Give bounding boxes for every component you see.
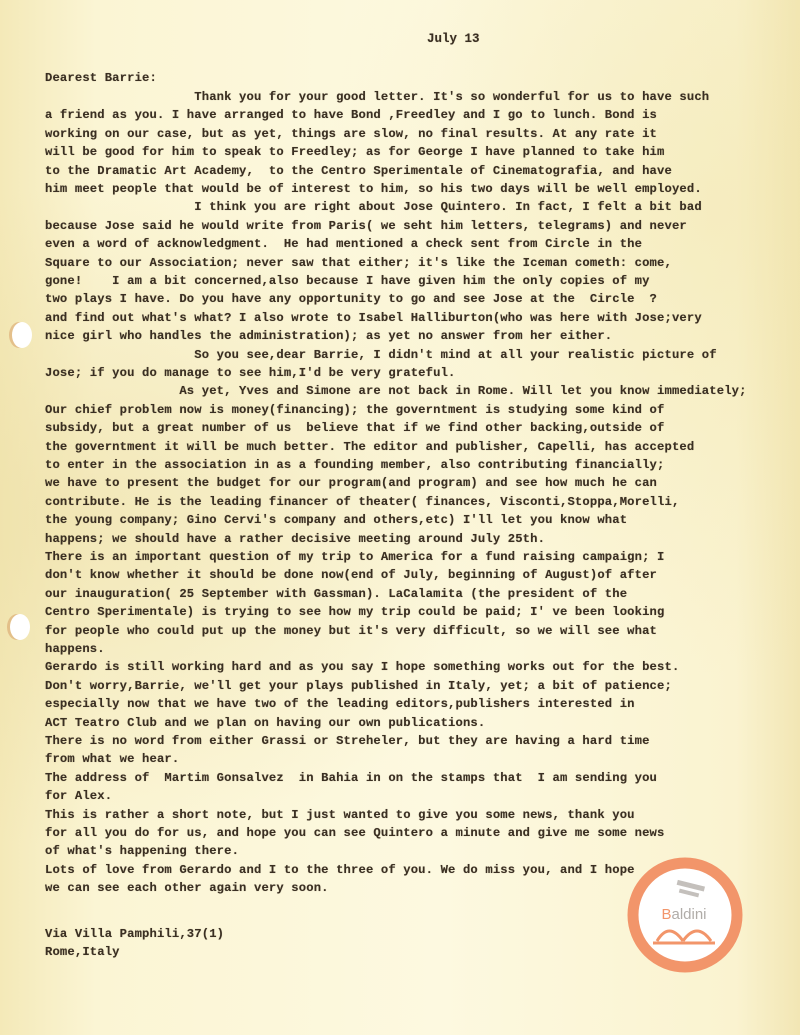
address-line: Via Villa Pamphili,37(1) [45, 925, 224, 943]
punch-hole [12, 322, 32, 348]
letter-line: Gerardo is still working hard and as you… [45, 658, 679, 676]
letter-line: the governtment it will be much better. … [45, 438, 694, 456]
letter-line: There is an important question of my tri… [45, 548, 665, 566]
letter-line: to the Dramatic Art Academy, to the Cent… [45, 162, 672, 180]
letter-line: contribute. He is the leading financer o… [45, 493, 679, 511]
letter-line: especially now that we have two of the l… [45, 695, 635, 713]
letter-line: Don't worry,Barrie, we'll get your plays… [45, 677, 672, 695]
letter-line: There is no word from either Grassi or S… [45, 732, 650, 750]
letter-line: working on our case, but as yet, things … [45, 125, 657, 143]
letter-line: because Jose said he would write from Pa… [45, 217, 687, 235]
letter-line: even a word of acknowledgment. He had me… [45, 235, 642, 253]
punch-hole [10, 614, 30, 640]
letter-line: will be good for him to speak to Freedle… [45, 143, 665, 161]
letter-line: Thank you for your good letter. It's so … [45, 88, 709, 106]
letter-line: Jose; if you do manage to see him,I'd be… [45, 364, 456, 382]
letter-line: Our chief problem now is money(financing… [45, 401, 665, 419]
letter-line: to enter in the association in as a foun… [45, 456, 665, 474]
address-line: Rome,Italy [45, 943, 120, 961]
letter-line: for all you do for us, and hope you can … [45, 824, 665, 842]
letter-line: of what's happening there. [45, 842, 239, 860]
salutation: Dearest Barrie: [45, 69, 157, 87]
letter-line: The address of Martim Gonsalvez in Bahia… [45, 769, 657, 787]
letter-line: Centro Sperimentale) is trying to see ho… [45, 603, 665, 621]
letter-line: ACT Teatro Club and we plan on having ou… [45, 714, 485, 732]
letter-line: a friend as you. I have arranged to have… [45, 106, 657, 124]
letter-line: subsidy, but a great number of us believ… [45, 419, 665, 437]
letter-line: I think you are right about Jose Quinter… [45, 198, 702, 216]
letter-line: we can see each other again very soon. [45, 879, 329, 897]
letter-line: him meet people that would be of interes… [45, 180, 702, 198]
letter-line: Square to our Association; never saw tha… [45, 254, 672, 272]
letter-line: we have to present the budget for our pr… [45, 474, 657, 492]
letter-line: As yet, Yves and Simone are not back in … [45, 382, 747, 400]
letter-line: happens. [45, 640, 105, 658]
letter-line: happens; we should have a rather decisiv… [45, 530, 545, 548]
letter-body: Dearest Barrie: Thank you for your good … [45, 0, 765, 37]
letter-line: This is rather a short note, but I just … [45, 806, 635, 824]
library-stamp: Baldini [625, 855, 745, 975]
letter-line: nice girl who handles the administration… [45, 327, 612, 345]
letter-line: two plays I have. Do you have any opport… [45, 290, 657, 308]
letter-line: don't know whether it should be done now… [45, 566, 657, 584]
letter-line: for Alex. [45, 787, 112, 805]
letter-line: for people who could put up the money bu… [45, 622, 657, 640]
letter-line: from what we hear. [45, 750, 179, 768]
letter-line: and find out what's what? I also wrote t… [45, 309, 702, 327]
letter-line: gone! I am a bit concerned,also because … [45, 272, 650, 290]
letter-line: So you see,dear Barrie, I didn't mind at… [45, 346, 717, 364]
letter-line: Lots of love from Gerardo and I to the t… [45, 861, 635, 879]
letter-line: our inauguration( 25 September with Gass… [45, 585, 627, 603]
letter-line: the young company; Gino Cervi's company … [45, 511, 627, 529]
